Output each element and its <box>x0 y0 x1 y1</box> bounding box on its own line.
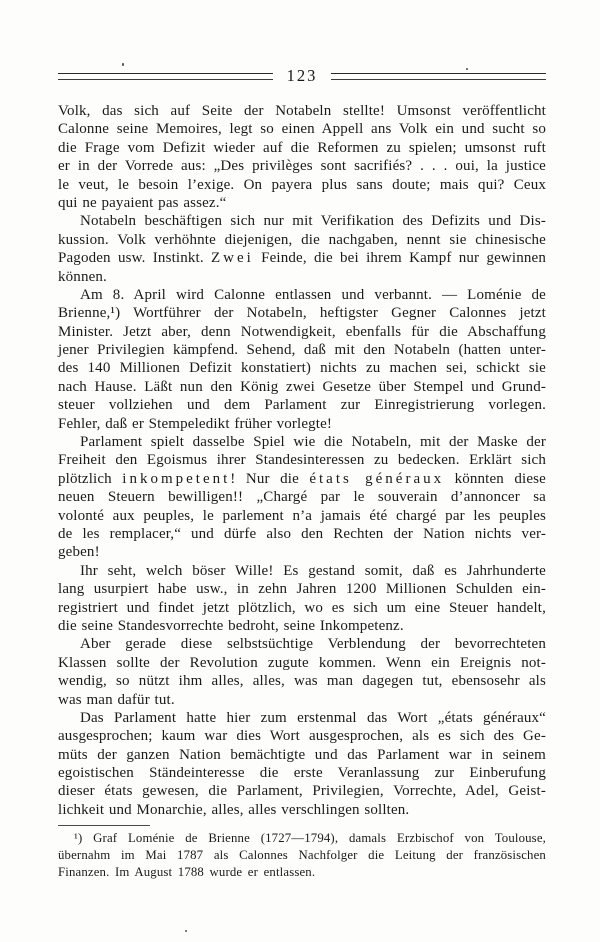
text-line: Calonne seine Memoires, legt so einen Ap… <box>58 120 546 138</box>
paragraph: Parlament spielt dasselbe Spiel wie die … <box>58 433 546 562</box>
text-line: müts der ganzen Nation bemächtigte und d… <box>58 746 546 764</box>
text-line: Freiheit den Egoismus ihrer Standesinter… <box>58 451 546 469</box>
text-line: Finanzen. Im August 1788 wurde er entlas… <box>58 864 546 881</box>
text-line: Das Parlament hatte hier zum erstenmal d… <box>58 709 546 727</box>
header-rule-right <box>331 73 546 80</box>
text-line: Minister. Jetzt aber, denn Notwendigkeit… <box>58 323 546 341</box>
text-line: Aber gerade diese selbstsüchtige Verblen… <box>58 635 546 653</box>
paragraph: Ihr seht, welch böser Wille! Es gestand … <box>58 562 546 636</box>
text-line: volonté aux peuples, le parlement n’a ja… <box>58 507 546 525</box>
text-line: die Frage vom Defizit wieder auf die Ref… <box>58 139 546 157</box>
header-rule-left <box>58 73 273 80</box>
text-line: steuer vollziehen und dem Parlament zur … <box>58 396 546 414</box>
text-line: ausgesprochen; kaum war dies Wort ausges… <box>58 727 546 745</box>
text-segment: Pagoden usw. Instinkt. <box>58 250 211 266</box>
page-number: 123 <box>273 66 332 86</box>
paragraph: Volk, das sich auf Seite der Notabeln st… <box>58 102 546 212</box>
paragraph: Notabeln beschäftigen sich nur mit Verif… <box>58 212 546 286</box>
text-line: was man dafür tut. <box>58 691 546 709</box>
text-line: egoistischen Ständeinteresse die erste V… <box>58 764 546 782</box>
text-line: jener Privilegien kämpfend. Sehend, daß … <box>58 341 546 359</box>
text-line: de les remplacer,“ und dürfe also den Re… <box>58 525 546 543</box>
letterspaced-emphasis: Zwei <box>211 250 254 266</box>
text-block: Volk, das sich auf Seite der Notabeln st… <box>58 102 546 819</box>
text-line: neuen Steuern bewilligen!! „Chargé par l… <box>58 488 546 506</box>
text-segment: ! Nur die <box>230 471 309 487</box>
letterspaced-emphasis: états généraux <box>309 471 444 487</box>
text-line: Ihr seht, welch böser Wille! Es gestand … <box>58 562 546 580</box>
text-line: Brienne,¹) Wortführer der Notabeln, heft… <box>58 304 546 322</box>
scan-speck <box>185 930 187 932</box>
paragraph: Das Parlament hatte hier zum erstenmal d… <box>58 709 546 819</box>
text-line: Parlament spielt dasselbe Spiel wie die … <box>58 433 546 451</box>
scan-speck <box>122 63 124 66</box>
text-line: lichkeit und Monarchie, alles, alles ver… <box>58 801 546 819</box>
text-line: Notabeln beschäftigen sich nur mit Verif… <box>58 212 546 230</box>
text-line: le veut, le besoin l’exige. On payera pl… <box>58 176 546 194</box>
scan-speck <box>466 68 468 70</box>
running-head: 123 <box>58 66 546 86</box>
text-line: qui ne payaient pas assez.“ <box>58 194 546 212</box>
text-line: lang usurpiert habe usw., in zehn Jahren… <box>58 580 546 598</box>
text-line: geben! <box>58 543 546 561</box>
footnote: ¹) Graf Loménie de Brienne (1727—1794), … <box>58 830 546 881</box>
text-line: die seine Standesvorrechte bedroht, sein… <box>58 617 546 635</box>
text-line: registriert und findet jetzt plötzlich, … <box>58 599 546 617</box>
text-line: übernahm im Mai 1787 als Calonnes Nachfo… <box>58 847 546 864</box>
text-segment: plötzlich <box>58 471 122 487</box>
text-line: plötzlich inkompetent! Nur die états gén… <box>58 470 546 488</box>
paragraph: Aber gerade diese selbstsüchtige Verblen… <box>58 635 546 709</box>
text-line: können. <box>58 268 546 286</box>
paragraph: Am 8. April wird Calonne entlassen und v… <box>58 286 546 433</box>
footnote-separator <box>58 825 150 826</box>
text-segment: Feinde, die bei ihrem Kampf nur gewinnen <box>254 250 546 266</box>
text-line: des 140 Millionen Defizit konstatiert) n… <box>58 359 546 377</box>
text-line: nach Hause. Läßt nun den König zwei Gese… <box>58 378 546 396</box>
text-line: dieser états gewesen, die Parlament, Pri… <box>58 782 546 800</box>
text-line: Klassen sollte der Revolution zugute kom… <box>58 654 546 672</box>
text-line: er in der Vorrede aus: „Des privilèges s… <box>58 157 546 175</box>
letterspaced-emphasis: inkompetent <box>122 471 230 487</box>
text-line: Am 8. April wird Calonne entlassen und v… <box>58 286 546 304</box>
text-line: kussion. Volk verhöhnte diejenigen, die … <box>58 231 546 249</box>
text-line: ¹) Graf Loménie de Brienne (1727—1794), … <box>58 830 546 847</box>
text-segment: könnten diese <box>444 471 546 487</box>
text-line: Fehler, daß er Stempeledikt früher vorle… <box>58 415 546 433</box>
book-page: 123 Volk, das sich auf Seite der Notabel… <box>0 0 600 942</box>
text-line: Pagoden usw. Instinkt. Zwei Feinde, die … <box>58 249 546 267</box>
text-line: wendig, so nützt ihm alles, alles, was m… <box>58 672 546 690</box>
text-line: Volk, das sich auf Seite der Notabeln st… <box>58 102 546 120</box>
